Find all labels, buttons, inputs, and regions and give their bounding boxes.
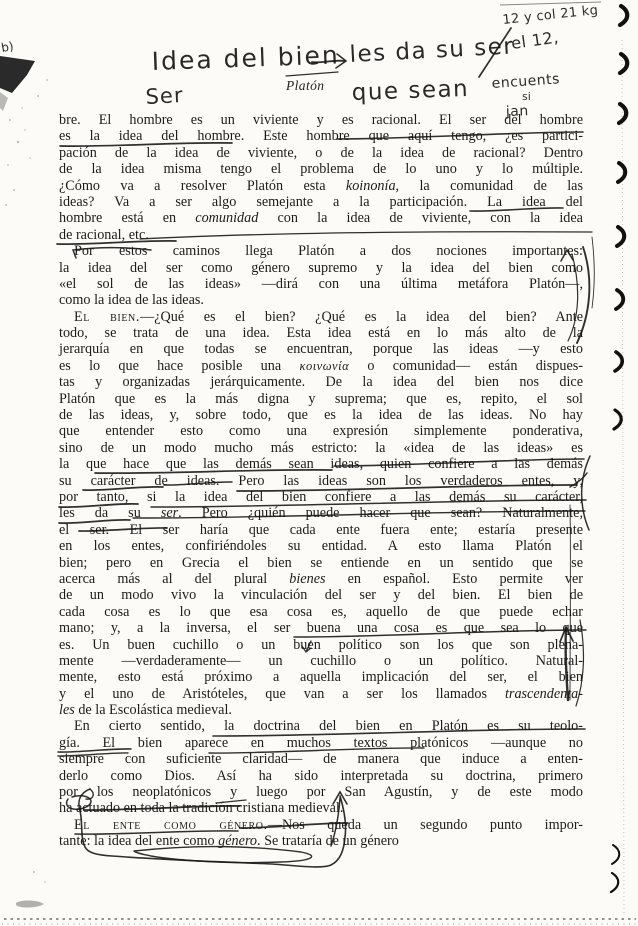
text-line-45: tante: la idea del ente como género. Se … [59, 833, 583, 849]
text-line-44: El ente como género.—Nos queda un segund… [59, 817, 583, 833]
text-line-4: de la idea misma tengo el problema de lo… [59, 161, 583, 177]
text-line-28: bien; pero en Grecia el bien se entiende… [59, 555, 583, 571]
text-line-1: bre. El hombre es un viviente y es racio… [59, 112, 583, 128]
text-line-43: ha actuado en toda la tradición cristian… [59, 800, 583, 816]
text-line-19: de las ideas, y, sobre todo, que es la i… [59, 407, 583, 423]
text-line-29: acerca más al del plural bienes en españ… [59, 571, 583, 587]
pen-stroke [479, 28, 511, 77]
hw-note-top-right-1: 12 y col 21 kg [502, 3, 599, 28]
text-line-31: cada cosa es lo que esa cosa es, aquello… [59, 604, 583, 620]
text-line-20: que entender esto como una expresión sim… [59, 423, 583, 439]
text-line-9: Por estos caminos llega Platón a dos noc… [59, 243, 583, 259]
text-line-3: pación de la idea de viviente, o de la i… [59, 145, 583, 161]
text-line-35: mente, esto está próximo a aquella impli… [59, 669, 583, 685]
spiral-mark [616, 290, 623, 309]
spiral-mark [617, 227, 624, 246]
text-line-13: El bien.—¿Qué es el bien? ¿Qué es la ide… [59, 309, 583, 325]
text-line-42: por los neoplatónicos y luego por San Ag… [59, 784, 583, 800]
hw-note-idea-del-bien: Idea del bien [151, 40, 340, 76]
pen-stroke [592, 237, 594, 308]
spiral-mark [614, 410, 621, 429]
hw-note-que-sean: que sean [351, 76, 469, 106]
text-line-12: como la idea de las ideas. [59, 292, 583, 308]
text-line-40: siempre con suficiente claridad— de mane… [59, 751, 583, 767]
perforation-line [2, 919, 637, 924]
text-line-16: es lo que hace posible una κοινωνία o co… [59, 358, 583, 374]
spiral-mark [620, 6, 627, 25]
text-line-34: mente —verdaderamente— un cuchillo o un … [59, 653, 583, 669]
pen-stroke [312, 61, 344, 63]
text-line-41: derlo como Dios. Así ha sido interpretad… [59, 768, 583, 784]
hw-note-top-right-4: si [522, 90, 531, 103]
spiral-mark [618, 163, 625, 182]
text-line-33: es. Un buen cuchillo o un buen político … [59, 637, 583, 653]
text-line-17: tas y organizadas jerárquicamente. De la… [59, 374, 583, 390]
text-line-36: y el uno de Aristóteles, que van a ser l… [59, 686, 583, 702]
text-line-24: por tanto, si la idea del bien confiere … [59, 489, 583, 505]
text-line-8: de racional, etc. [59, 227, 583, 243]
spiral-mark [615, 352, 622, 371]
text-line-38: En cierto sentido, la doctrina del bien … [59, 718, 583, 734]
pen-stroke [336, 54, 346, 68]
text-line-26: el ser. El ser haría que cada ente fuera… [59, 522, 583, 538]
running-header: Platón [286, 78, 324, 94]
text-line-15: jerarquía en que todas se encuentran, po… [59, 341, 583, 357]
text-line-22: la que hace que las demás sean ideas, qu… [59, 456, 583, 472]
text-line-2: es la idea del hombre. Este hombre que a… [59, 128, 583, 144]
hw-note-top-right-3: encuents [491, 71, 560, 92]
hw-note-top-right-2: el 12, [510, 27, 560, 52]
text-line-21: sino de un modo mucho más estricto: la «… [59, 440, 583, 456]
text-line-37: les de la Escolástica medieval. [59, 702, 583, 718]
text-line-32: mano; y, a la inversa, el ser buena una … [59, 620, 583, 636]
text-line-7: hombre está en comunidad con la idea de … [59, 210, 583, 226]
spiral-mark [611, 873, 618, 892]
text-line-23: su carácter de ideas. Pero las ideas son… [59, 473, 583, 489]
body-text: bre. El hombre es un viviente y es racio… [59, 112, 583, 850]
spiral-binding-marks [611, 6, 627, 892]
scanned-page: Platón bre. El hombre es un viviente y e… [0, 0, 638, 926]
text-line-39: gía. El bien aparece en muchos textos pl… [59, 735, 583, 751]
text-line-30: de un modo vivo la vinculación del ser y… [59, 587, 583, 603]
pen-stroke [286, 72, 338, 76]
text-line-6: ideas? Va a ser algo semejante a la part… [59, 194, 583, 210]
text-line-11: «el sol de las ideas» —dirá con una últi… [59, 276, 583, 292]
spiral-mark [612, 845, 619, 864]
handwritten-notes: Idea del bien Ser les da su ser que sean… [0, 3, 599, 120]
spiral-mark [620, 54, 627, 73]
text-line-14: todo, se trata de una idea. Esta idea es… [59, 325, 583, 341]
text-line-10: la idea del ser como género supremo y la… [59, 260, 583, 276]
text-line-18: Platón que es la más digna y suprema; qu… [59, 391, 583, 407]
hw-note-ser: Ser [145, 83, 184, 109]
text-line-25: les da su ser. Pero ¿quién puede hacer q… [59, 505, 583, 521]
spiral-mark [619, 104, 626, 123]
text-line-27: en los entes, confiriéndoles su entidad.… [59, 538, 583, 554]
text-line-5: ¿Cómo va a resolver Platón esta koinonía… [59, 178, 583, 194]
hw-note-les-da-su-ser: les da su ser [349, 33, 515, 68]
hw-note-corner-mark: b) [0, 39, 15, 55]
